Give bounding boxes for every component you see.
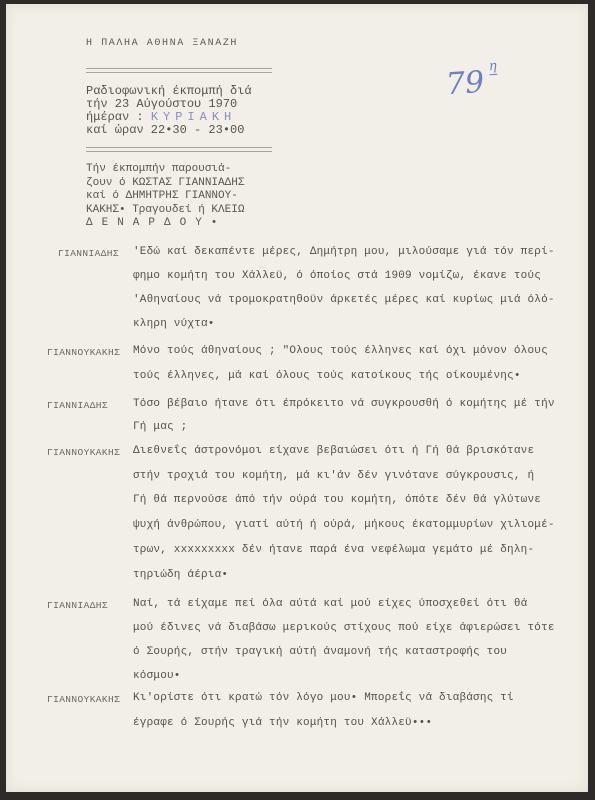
dialogue-line: στήν τροχιά του κομήτη, μά κι'άν δέν γιν… — [133, 470, 534, 482]
dialogue-line: κόσμου• — [133, 670, 181, 682]
speaker-name: ΓΙΑΝΝΟΥΚΑΚΗΣ — [47, 347, 120, 358]
dialogue-line: 'Αθηναίους νά τρομοκρατηθοϋν άρκετές μέρ… — [133, 294, 555, 306]
dialogue-line: Τόσο βέβαιο ήτανε ότι έπρόκειτο νά συγκρ… — [133, 398, 555, 410]
speaker-name: ΓΙΑΝΝΙΑΔΗΣ — [47, 600, 108, 611]
dialogue-line: 'Εδώ καί δεκαπέντε μέρες, Δημήτρη μου, μ… — [133, 246, 555, 258]
dialogue-line: ό Σουρής, στήν τραγική αύτή άναμονή τής … — [133, 646, 507, 658]
dialogue-line: φημο κομήτη του Χάλλεϋ, ό όποίος στά 190… — [133, 270, 541, 282]
speaker-name: ΓΙΑΝΝΙΑΔΗΣ — [58, 248, 119, 259]
dialogue-line: έγραφε ό Σουρής γιά τήν κομήτη του Χάλλε… — [133, 717, 432, 729]
speaker-name: ΓΙΑΝΝΟΥΚΑΚΗΣ — [47, 694, 120, 705]
dialogue-line: Κι'ορίστε ότι κρατώ τόν λόγο μου• Μπορεΐ… — [133, 692, 514, 704]
dialogue-line: κληρη νύχτα• — [133, 318, 215, 330]
dialogue-line: τρων, xxxxxxxxx δέν ήτανε παρά ένα νεφέλ… — [133, 544, 534, 556]
speaker-name: ΓΙΑΝΝΙΑΔΗΣ — [47, 400, 108, 411]
dialogue-line: Γή θά περνούσε άπό τήν ούρά του κομήτη, … — [133, 494, 541, 506]
speaker-name: ΓΙΑΝΝΟΥΚΑΚΗΣ — [47, 447, 120, 458]
dialogue-line: μού έδινες νά διαβάσω μερικούς στίχους π… — [133, 622, 555, 634]
dialogue-line: Γή μας ; — [133, 421, 187, 433]
dialogue-line: ψυχή άνθρώπου, γιατί αύτή ή ούρά, μήκους… — [133, 519, 555, 531]
dialogue-line: Διεθνεΐς άστρονόμοι είχανε βεβαιώσει ότι… — [133, 445, 534, 457]
dialogue: ΓΙΑΝΝΙΑΔΗΣ 'Εδώ καί δεκαπέντε μέρες, Δημ… — [0, 0, 595, 800]
dialogue-line: τηριώδη άέρια• — [133, 569, 228, 581]
dialogue-line: τούς έλληνες, μά καί όλους τούς κατοίκου… — [133, 370, 521, 382]
dialogue-line: Ναί, τά είχαμε πεί όλα αύτά καί μού είχε… — [133, 598, 527, 610]
dialogue-line: Μόνο τούς άθηναίους ; "Ολους τούς έλληνε… — [133, 345, 548, 357]
